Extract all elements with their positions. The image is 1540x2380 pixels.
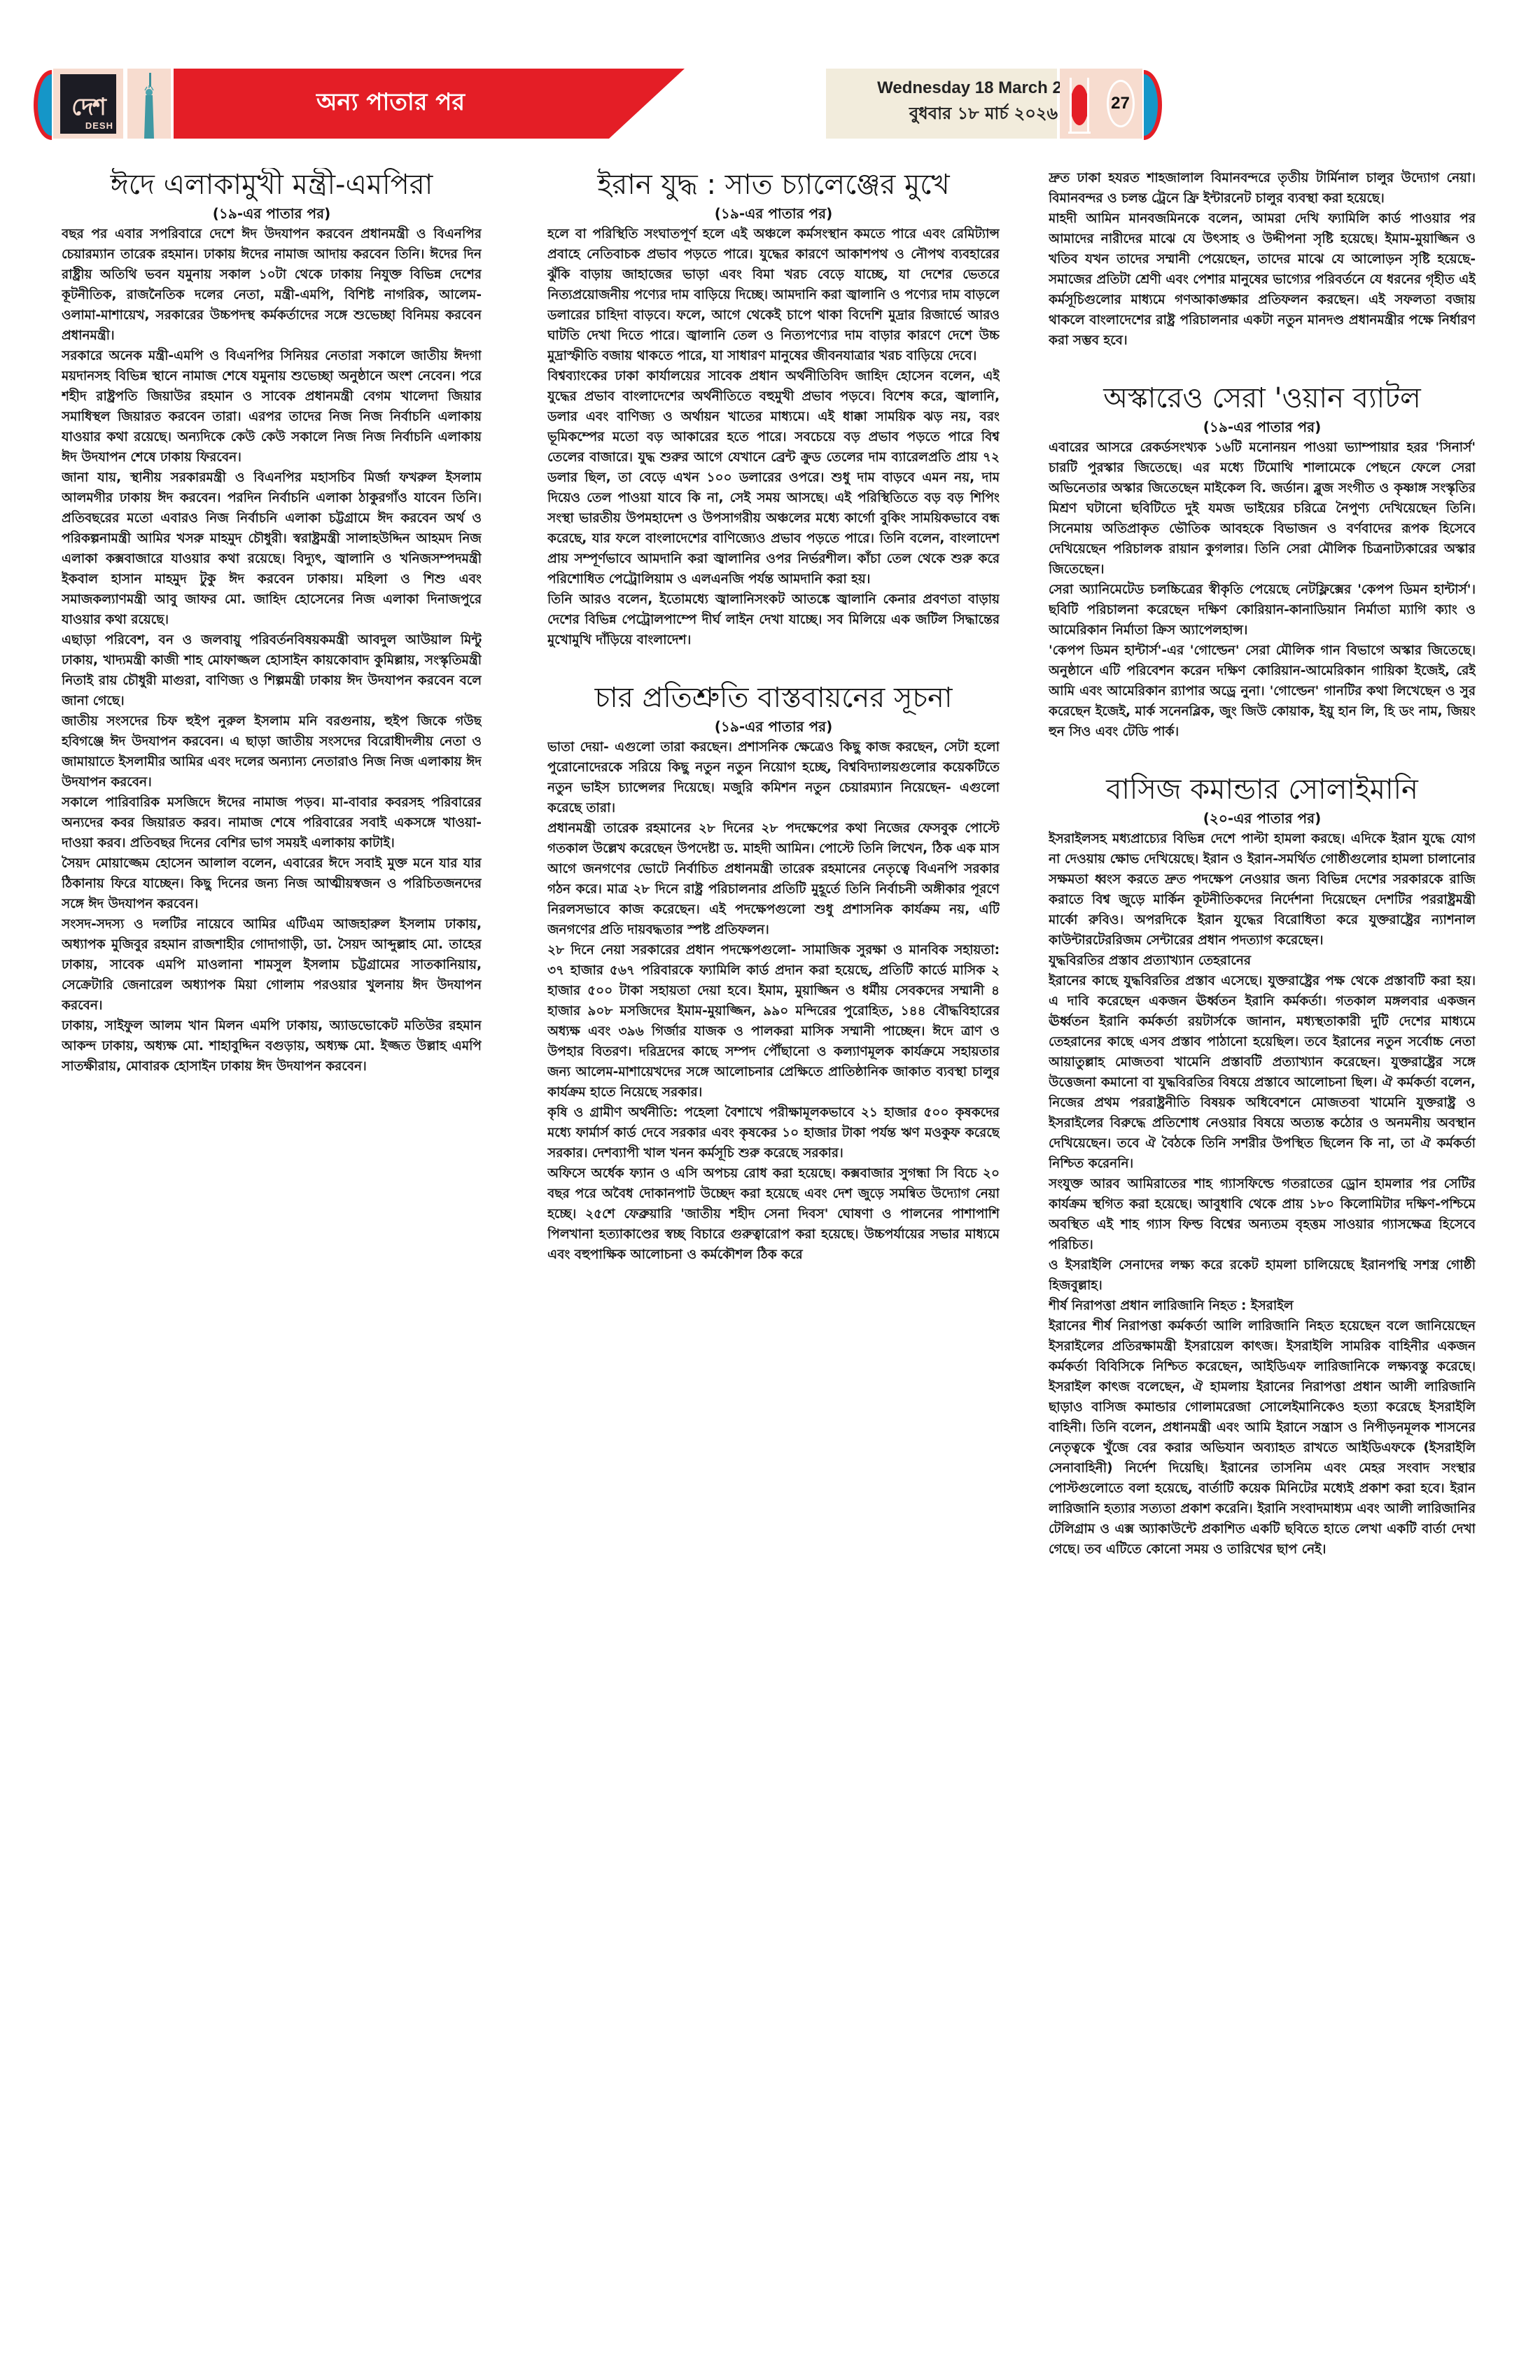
story-four-promises: চার প্রতিশ্রুতি বাস্তবায়নের সূচনা (১৯-এ… <box>547 681 1000 1265</box>
continued-from: (১৯-এর পাতার পর) <box>547 204 1000 223</box>
date-panel: Wednesday 18 March 2026 বুধবার ১৮ মার্চ … <box>826 69 1057 139</box>
paragraph: ভাতা দেয়া- এগুলো তারা করছেন। প্রশাসনিক … <box>547 737 1000 818</box>
column-left: ঈদে এলাকামুখী মন্ত্রী-এমপিরা (১৯-এর পাতা… <box>62 168 482 2345</box>
section-title: অন্য পাতার পর <box>316 84 465 124</box>
paragraph: হলে বা পরিস্থিতি সংঘাতপূর্ণ হলে এই অঞ্চল… <box>547 224 1000 366</box>
logo[interactable]: দেশ DESH <box>53 69 123 139</box>
article-body: বছর পর এবার সপরিবারে দেশে ঈদ উদযাপন করবে… <box>62 224 482 1077</box>
paragraph: সেরা অ্যানিমেটেড চলচ্চিত্রের স্বীকৃতি পে… <box>1049 580 1476 640</box>
paragraph: সংযুক্ত আরব আমিরাতের শাহ গ্যাসফিল্ডে গতর… <box>1049 1174 1476 1255</box>
paragraph: প্রধানমন্ত্রী তারেক রহমানের ২৮ দিনের ২৮ … <box>547 818 1000 940</box>
paragraph: কৃষি ও গ্রামীণ অর্থনীতি: পহেলা বৈশাখে পর… <box>547 1102 1000 1163</box>
paragraph: বছর পর এবার সপরিবারে দেশে ঈদ উদযাপন করবে… <box>62 224 482 346</box>
masthead-cap-right <box>1144 69 1162 143</box>
paragraph: সরকারে অনেক মন্ত্রী-এমপি ও বিএনপির সিনিয… <box>62 346 482 468</box>
column-middle: ইরান যুদ্ধ : সাত চ্যালেঞ্জের মুখে (১৯-এর… <box>547 168 1000 2345</box>
paragraph: তিনি আরও বলেন, ইতোমধ্যে জ্বালানিসংকট আতঙ… <box>547 589 1000 650</box>
column-right: দ্রুত ঢাকা হযরত শাহজালাল বিমানবন্দরে তৃত… <box>1049 168 1476 2345</box>
article-body: ভাতা দেয়া- এগুলো তারা করছেন। প্রশাসনিক … <box>547 737 1000 1265</box>
continued-from: (২০-এর পাতার পর) <box>1049 809 1476 827</box>
page-number: 27 <box>1107 80 1135 127</box>
logo-sub: DESH <box>85 120 113 131</box>
story-airport-continuation: দ্রুত ঢাকা হযরত শাহজালাল বিমানবন্দরে তৃত… <box>1049 168 1476 351</box>
date-bengali: বুধবার ১৮ মার্চ ২০২৬ <box>909 101 1058 129</box>
story-iran-war: ইরান যুদ্ধ : সাত চ্যালেঞ্জের মুখে (১৯-এর… <box>547 168 1000 650</box>
paragraph: বিশ্বব্যাংকের ঢাকা কার্যালয়ের সাবেক প্র… <box>547 366 1000 589</box>
continued-from: (১৯-এর পাতার পর) <box>547 717 1000 736</box>
paragraph: জাতীয় সংসদের চিফ হুইপ নুরুল ইসলাম মনি ব… <box>62 711 482 792</box>
continued-from: (১৯-এর পাতার পর) <box>1049 418 1476 436</box>
paragraph: এবারের আসরে রেকর্ডসংখ্যক ১৬টি মনোনয়ন পা… <box>1049 437 1476 580</box>
headline: চার প্রতিশ্রুতি বাস্তবায়নের সূচনা <box>547 681 1000 715</box>
article-body: হলে বা পরিস্থিতি সংঘাতপূর্ণ হলে এই অঞ্চল… <box>547 224 1000 650</box>
paragraph: 'কেপপ ডিমন হান্টার্স'-এর 'গোল্ডেন' সেরা … <box>1049 640 1476 742</box>
page-number-panel: 27 <box>1060 69 1142 139</box>
subheading: শীর্ষ নিরাপত্তা প্রধান লারিজানি নিহত : ই… <box>1049 1296 1476 1316</box>
paragraph: ঢাকায়, সাইফুল আলম খান মিলন এমপি ঢাকায়,… <box>62 1016 482 1077</box>
headline: বাসিজ কমান্ডার সোলাইমানি <box>1049 773 1476 806</box>
headline: ঈদে এলাকামুখী মন্ত্রী-এমপিরা <box>62 168 482 202</box>
statue-of-liberty-icon <box>127 69 171 139</box>
story-basij-commander: বাসিজ কমান্ডার সোলাইমানি (২০-এর পাতার পর… <box>1049 773 1476 1560</box>
shaheed-minar-icon <box>1068 72 1091 135</box>
paragraph: অফিসে অর্ধেক ফ্যান ও এসি অপচয় রোধ করা হ… <box>547 1163 1000 1265</box>
paragraph: ইসরাইলসহ মধ্যপ্রাচ্যের বিভিন্ন দেশে পাল্… <box>1049 829 1476 951</box>
paragraph: সংসদ-সদস্য ও দলটির নায়েবে আমির এটিএম আজ… <box>62 914 482 1016</box>
logo-glyph: দেশ <box>71 95 105 119</box>
date-english: Wednesday 18 March 2026 <box>877 78 1090 98</box>
headline: অস্কারেও সেরা 'ওয়ান ব্যাটল <box>1049 381 1476 415</box>
paragraph: ও ইসরাইলি সেনাদের লক্ষ্য করে রকেট হামলা … <box>1049 1255 1476 1296</box>
continued-from: (১৯-এর পাতার পর) <box>62 204 482 223</box>
article-body: দ্রুত ঢাকা হযরত শাহজালাল বিমানবন্দরে তৃত… <box>1049 168 1476 351</box>
paragraph: দ্রুত ঢাকা হযরত শাহজালাল বিমানবন্দরে তৃত… <box>1049 168 1476 209</box>
paragraph: এছাড়া পরিবেশ, বন ও জলবায়ু পরিবর্তনবিষয… <box>62 630 482 711</box>
article-body: ইসরাইলসহ মধ্যপ্রাচ্যের বিভিন্ন দেশে পাল্… <box>1049 829 1476 1560</box>
paragraph: সকালে পারিবারিক মসজিদে ঈদের নামাজ পড়ব। … <box>62 792 482 853</box>
banner-swoosh <box>601 69 685 139</box>
paragraph: ইরানের কাছে যুদ্ধবিরতির প্রস্তাব এসেছে। … <box>1049 971 1476 1174</box>
section-banner: অন্য পাতার পর <box>174 69 608 139</box>
story-eid-ministers: ঈদে এলাকামুখী মন্ত্রী-এমপিরা (১৯-এর পাতা… <box>62 168 482 1077</box>
subheading: যুদ্ধবিরতির প্রস্তাব প্রত্যাখ্যান তেহরান… <box>1049 951 1476 971</box>
paragraph: মাহদী আমিন মানবজমিনকে বলেন, আমরা দেখি ফ্… <box>1049 209 1476 351</box>
paragraph: ইরানের শীর্ষ নিরাপত্তা কর্মকর্তা আলি লার… <box>1049 1316 1476 1560</box>
masthead-cap-left <box>34 69 52 143</box>
paragraph: সৈয়দ মোয়াজ্জেম হোসেন আলাল বলেন, এবারের… <box>62 853 482 914</box>
masthead-right: Wednesday 18 March 2026 বুধবার ১৮ মার্চ … <box>770 69 1414 143</box>
article-body: এবারের আসরে রেকর্ডসংখ্যক ১৬টি মনোনয়ন পা… <box>1049 437 1476 742</box>
paragraph: ২৮ দিনে নেয়া সরকারের প্রধান পদক্ষেপগুলো… <box>547 940 1000 1102</box>
story-oscar: অস্কারেও সেরা 'ওয়ান ব্যাটল (১৯-এর পাতার… <box>1049 381 1476 742</box>
headline: ইরান যুদ্ধ : সাত চ্যালেঞ্জের মুখে <box>547 168 1000 202</box>
paragraph: জানা যায়, স্থানীয় সরকারমন্ত্রী ও বিএনপ… <box>62 468 482 630</box>
